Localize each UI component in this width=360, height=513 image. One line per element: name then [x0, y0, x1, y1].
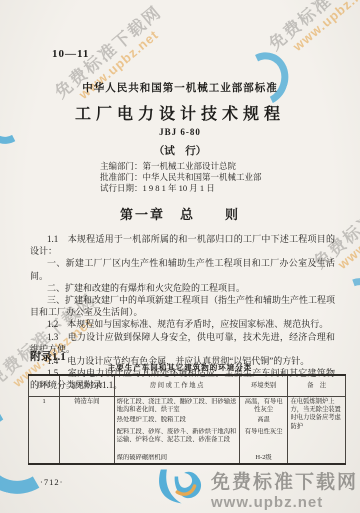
- column-header-building: 建筑物名称: [60, 375, 115, 397]
- table-row: 1 铸造车间 熔化工段、浇注工段、翻砂工段、旧砂输送地沟和老化间、烘干室 热处理…: [29, 397, 346, 465]
- column-header-rooms: 房 间 或 工 作 地 点: [114, 375, 239, 397]
- meta-value: 中华人民共和国第一机械工业部: [143, 172, 262, 182]
- rooms-entry: 配料工段、砂库、废砂斗、新砂烘干地沟和运输、炉料仓库、泥芯工段、砂准备工段: [117, 428, 237, 453]
- meta-label: 主编部门：: [100, 161, 143, 171]
- chapter-heading: 第一章 总 则: [0, 204, 360, 223]
- paragraph-item-3: 三、扩建和改建厂中的单项新建工程项目（指生产性和辅助生产性工程项目和工厂办公室及…: [30, 294, 335, 318]
- environment-entry: 高温，有导电性灰尘: [242, 398, 286, 415]
- cell-building: 铸造车间: [60, 397, 115, 465]
- column-header-no: 序号: [29, 375, 60, 397]
- meta-label: 批准部门：: [100, 172, 143, 182]
- page-number: ·712·: [40, 477, 63, 487]
- meta-editor-line: 主编部门：第一机械工业部设计总院: [100, 161, 262, 172]
- meta-approver-line: 批准部门：中华人民共和国第一机械工业部: [100, 172, 262, 183]
- meta-date-line: 试行日期：1 9 8 1 年 10 月 1 日: [100, 183, 262, 194]
- column-header-environment: 环境类别: [239, 375, 288, 397]
- rooms-entry: 热处理炉工段、脱箱工段: [117, 416, 237, 427]
- rooms-entry: 煤的破碎碾磨机间: [117, 454, 237, 460]
- column-header-remark: 备 注: [288, 375, 346, 397]
- page-corner-label: 10—11: [52, 48, 89, 60]
- paragraph-1-3: 1.3 电力设计应做到保障人身安全，供电可靠，技术先进，经济合理和维护方便。: [30, 331, 335, 355]
- meta-label: 试行日期：: [100, 183, 143, 193]
- cell-rooms: 熔化工段、浇注工段、翻砂工段、旧砂输送地沟和老化间、烘干室 热处理炉工段、脱箱工…: [114, 397, 239, 465]
- paragraph-1-2: 1.2 本规程如与国家标准、规范有矛盾时，应按国家标准、规范执行。: [30, 318, 335, 330]
- environment-entry: H-2级: [242, 454, 286, 460]
- rooms-entry: 熔化工段、浇注工段、翻砂工段、旧砂输送地沟和老化间、烘干室: [117, 398, 237, 415]
- scanned-document-page: 免费标准下载网 www.upbz.net 免费标准下载网 www.upbz.ne…: [0, 0, 360, 513]
- table-title: 主要生产车间和其它建筑物的环境分类: [0, 362, 360, 373]
- paragraph-1-1: 1.1 本规程适用于一机部所属的和一机部归口的工厂中下述工程项目的设计：: [30, 233, 335, 257]
- document-content: 10—11 中华人民共和国第一机械工业部部标准 工厂电力设计技术规程 JBJ 6…: [0, 0, 360, 513]
- environment-entry: 有导电性灰尘: [242, 428, 286, 453]
- table-header-row: 序号 建筑物名称 房 间 或 工 作 地 点 环境类别 备 注: [29, 375, 346, 397]
- publication-meta: 主编部门：第一机械工业部设计总院 批准部门：中华人民共和国第一机械工业部 试行日…: [100, 161, 262, 194]
- standard-code: JBJ 6-80: [0, 127, 360, 137]
- environment-entry: 高温: [242, 416, 286, 427]
- paragraph-item-2: 二、扩建和改建的有爆炸和火灾危险的工程项目。: [30, 282, 335, 294]
- meta-value: 1 9 8 1 年 10 月 1 日: [143, 183, 215, 193]
- cell-no: 1: [29, 397, 60, 465]
- cell-remark: 在电弧炼钢炉上方，当无除尘装置时电力设备应考虑防护: [288, 397, 346, 465]
- trial-status-label: （试 行）: [0, 143, 360, 158]
- paragraph-item-1: 一、新建工厂厂区内生产性和辅助生产性工程项目和工厂办公室及生活间。: [30, 257, 335, 281]
- cell-environment: 高温，有导电性灰尘 高温 有导电性灰尘 H-2级 有少量导电性灰尘: [239, 397, 288, 465]
- environment-classification-table: 序号 建筑物名称 房 间 或 工 作 地 点 环境类别 备 注 1 铸造车间 熔…: [28, 374, 346, 465]
- standard-authority-line: 中华人民共和国第一机械工业部部标准: [0, 80, 360, 95]
- meta-value: 第一机械工业部设计总院: [143, 161, 237, 171]
- document-title: 工厂电力设计技术规程: [0, 101, 360, 124]
